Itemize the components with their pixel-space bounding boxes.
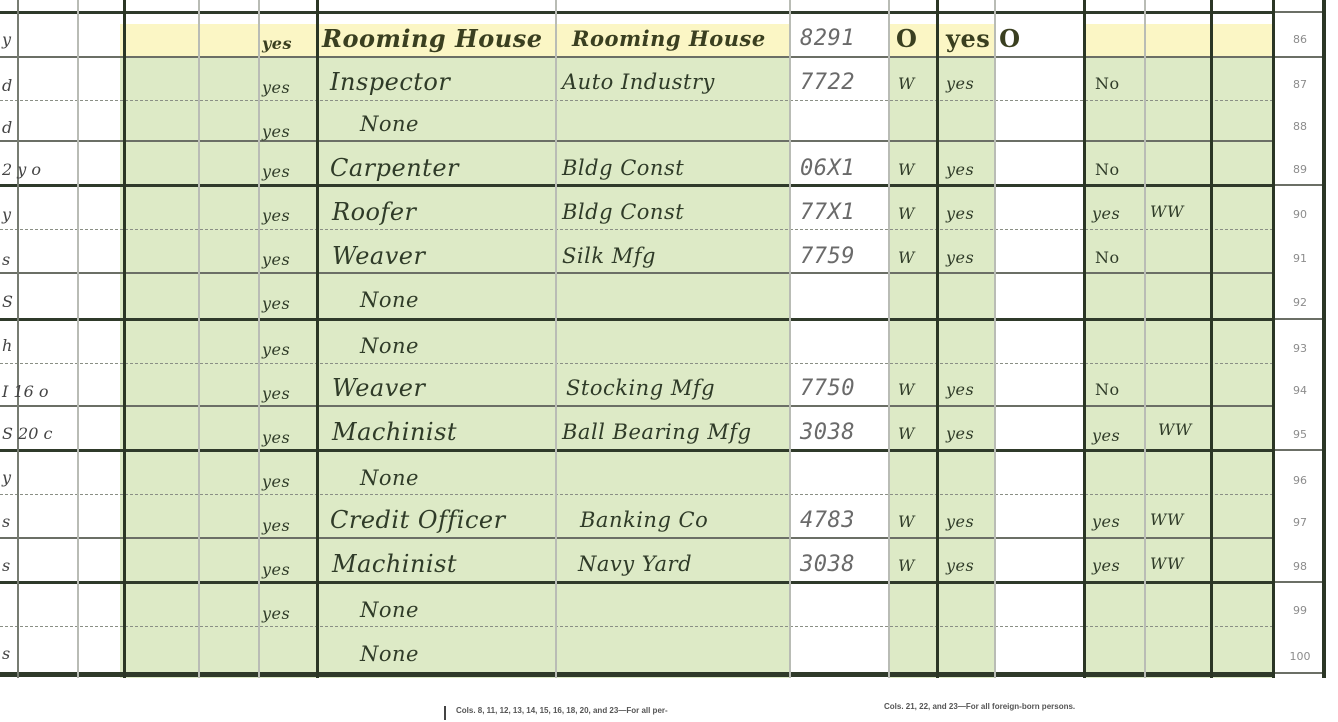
at-work-cell: yes [946, 160, 974, 179]
english-cell: yes [262, 78, 290, 97]
footnote-bracket [444, 706, 446, 720]
class-of-worker-cell: W [898, 380, 915, 399]
industry-cell: Silk Mfg [562, 244, 656, 268]
english-cell: yes [262, 384, 290, 403]
occupation-cell: None [360, 288, 419, 312]
veteran-cell: yes [1092, 204, 1120, 223]
col-rule [1144, 0, 1146, 678]
english-cell: yes [262, 162, 290, 181]
farm-column-blank [996, 24, 1084, 678]
industry-cell: Bldg Const [562, 200, 684, 224]
english-cell: yes [262, 122, 290, 141]
occupation-cell: Machinist [332, 418, 457, 446]
occupation-cell: Machinist [332, 550, 457, 578]
occupation-cell: None [360, 334, 419, 358]
margin-mark: S 20 c [2, 424, 52, 443]
right-border [1322, 0, 1326, 678]
at-work-cell: yes [946, 248, 974, 267]
occupation-cell: Credit Officer [330, 506, 506, 534]
veteran-cell: No [1095, 74, 1120, 93]
census-sheet: y d d 2 y o y s S h I 16 o S 20 c y s s … [0, 0, 1338, 722]
english-cell: yes [262, 250, 290, 269]
at-work-cell: yes [946, 556, 974, 575]
veteran-cell: yes [1092, 426, 1120, 445]
occupation-cell: None [360, 642, 419, 666]
col-rule [77, 0, 79, 678]
occupation-cell: None [360, 112, 419, 136]
col-rule [789, 0, 791, 678]
occupation-cell: None [360, 466, 419, 490]
row-number: 89 [1280, 163, 1320, 176]
occupation-code-cell: 06X1 [800, 156, 855, 181]
margin-mark: d [2, 118, 12, 137]
occupation-code-cell: 4783 [800, 508, 855, 533]
margin-mark: s [2, 512, 10, 531]
row-number: 97 [1280, 516, 1320, 529]
industry-cell: Navy Yard [578, 552, 692, 576]
code-column-blank [791, 24, 888, 678]
occupation-code-cell: 3038 [800, 420, 855, 445]
row-number: 94 [1280, 384, 1320, 397]
margin-mark: S [2, 292, 13, 311]
english-cell: yes [262, 34, 292, 53]
row-number: 96 [1280, 474, 1320, 487]
row-number: 88 [1280, 120, 1320, 133]
industry-cell: Stocking Mfg [566, 376, 715, 400]
occupation-code-cell: 3038 [800, 552, 855, 577]
occupation-cell: Weaver [332, 242, 425, 270]
occupation-code-cell: 7750 [800, 376, 855, 401]
class-of-worker-cell: O [896, 24, 917, 53]
region-highlight [120, 58, 1275, 678]
class-of-worker-cell: W [898, 556, 915, 575]
col-rule [198, 0, 200, 678]
english-cell: yes [262, 340, 290, 359]
margin-mark: 2 y o [2, 160, 41, 179]
row-number: 99 [1280, 604, 1320, 617]
veteran-cell: No [1095, 248, 1120, 267]
row-number: 93 [1280, 342, 1320, 355]
veteran-cell: yes [1092, 556, 1120, 575]
class-of-worker-cell: W [898, 160, 915, 179]
margin-mark: y [2, 468, 11, 487]
war-cell: WW [1158, 420, 1192, 439]
english-cell: yes [262, 560, 290, 579]
col-rule [17, 0, 19, 678]
english-cell: yes [262, 604, 290, 623]
occupation-cell: Rooming House [322, 24, 542, 53]
industry-cell: Auto Industry [562, 70, 715, 94]
occupation-code-cell: 7759 [800, 244, 855, 269]
row-number: 95 [1280, 428, 1320, 441]
footnote-left: Cols. 8, 11, 12, 13, 14, 15, 16, 18, 20,… [456, 706, 668, 715]
english-cell: yes [262, 516, 290, 535]
rule [1275, 56, 1325, 58]
occupation-cell: None [360, 598, 419, 622]
col-rule [1083, 0, 1086, 678]
class-of-worker-cell: W [898, 74, 915, 93]
rule [1275, 672, 1325, 674]
row-number: 92 [1280, 296, 1320, 309]
rule [1275, 11, 1325, 13]
row-number: 98 [1280, 560, 1320, 573]
war-cell: WW [1150, 554, 1184, 573]
col-rule [1272, 0, 1275, 678]
english-cell: yes [262, 294, 290, 313]
col-rule [994, 0, 996, 678]
margin-mark: y [2, 30, 11, 49]
occupation-code-cell: 77X1 [800, 200, 855, 225]
col-rule [555, 0, 557, 678]
margin-mark: y [2, 205, 11, 224]
english-cell: yes [262, 428, 290, 447]
industry-cell: Banking Co [580, 508, 708, 532]
row-number: 100 [1280, 650, 1320, 663]
rule [1275, 449, 1325, 451]
at-work-cell: yes [946, 512, 974, 531]
industry-cell: Bldg Const [562, 156, 684, 180]
english-cell: yes [262, 472, 290, 491]
row-number: 86 [1280, 33, 1320, 46]
row-number: 90 [1280, 208, 1320, 221]
row-number-column [1275, 0, 1325, 678]
col-rule [316, 0, 319, 678]
veteran-cell: yes [1092, 512, 1120, 531]
col-rule [888, 0, 890, 678]
at-work-cell: yes [946, 424, 974, 443]
row-number: 91 [1280, 252, 1320, 265]
at-work-cell: yes O [946, 24, 1021, 53]
veteran-cell: No [1095, 380, 1120, 399]
col-rule [123, 0, 126, 678]
col-rule [258, 0, 260, 678]
war-cell: WW [1150, 202, 1184, 221]
col-rule [1210, 0, 1213, 678]
industry-cell: Rooming House [572, 26, 766, 51]
rule [1275, 184, 1325, 186]
row-number: 87 [1280, 78, 1320, 91]
english-cell: yes [262, 206, 290, 225]
occupation-cell: Roofer [332, 198, 417, 226]
margin-mark: h [2, 336, 12, 355]
occupation-code-cell: 8291 [800, 26, 855, 51]
war-cell: WW [1150, 510, 1184, 529]
occupation-cell: Weaver [332, 374, 425, 402]
class-of-worker-cell: W [898, 204, 915, 223]
class-of-worker-cell: W [898, 424, 915, 443]
footnote-right: Cols. 21, 22, and 23—For all foreign-bor… [884, 702, 1075, 711]
margin-mark: s [2, 644, 10, 663]
veteran-cell: No [1095, 160, 1120, 179]
class-of-worker-cell: W [898, 512, 915, 531]
rule [1275, 581, 1325, 583]
rule [1275, 318, 1325, 320]
margin-mark: s [2, 556, 10, 575]
at-work-cell: yes [946, 74, 974, 93]
occupation-cell: Carpenter [330, 154, 459, 182]
col-rule [936, 0, 939, 678]
at-work-cell: yes [946, 380, 974, 399]
industry-cell: Ball Bearing Mfg [562, 420, 752, 444]
at-work-cell: yes [946, 204, 974, 223]
margin-mark: s [2, 250, 10, 269]
occupation-cell: Inspector [330, 68, 450, 96]
margin-mark: d [2, 76, 12, 95]
class-of-worker-cell: W [898, 248, 915, 267]
margin-mark: I 16 o [2, 382, 48, 401]
occupation-code-cell: 7722 [800, 70, 855, 95]
